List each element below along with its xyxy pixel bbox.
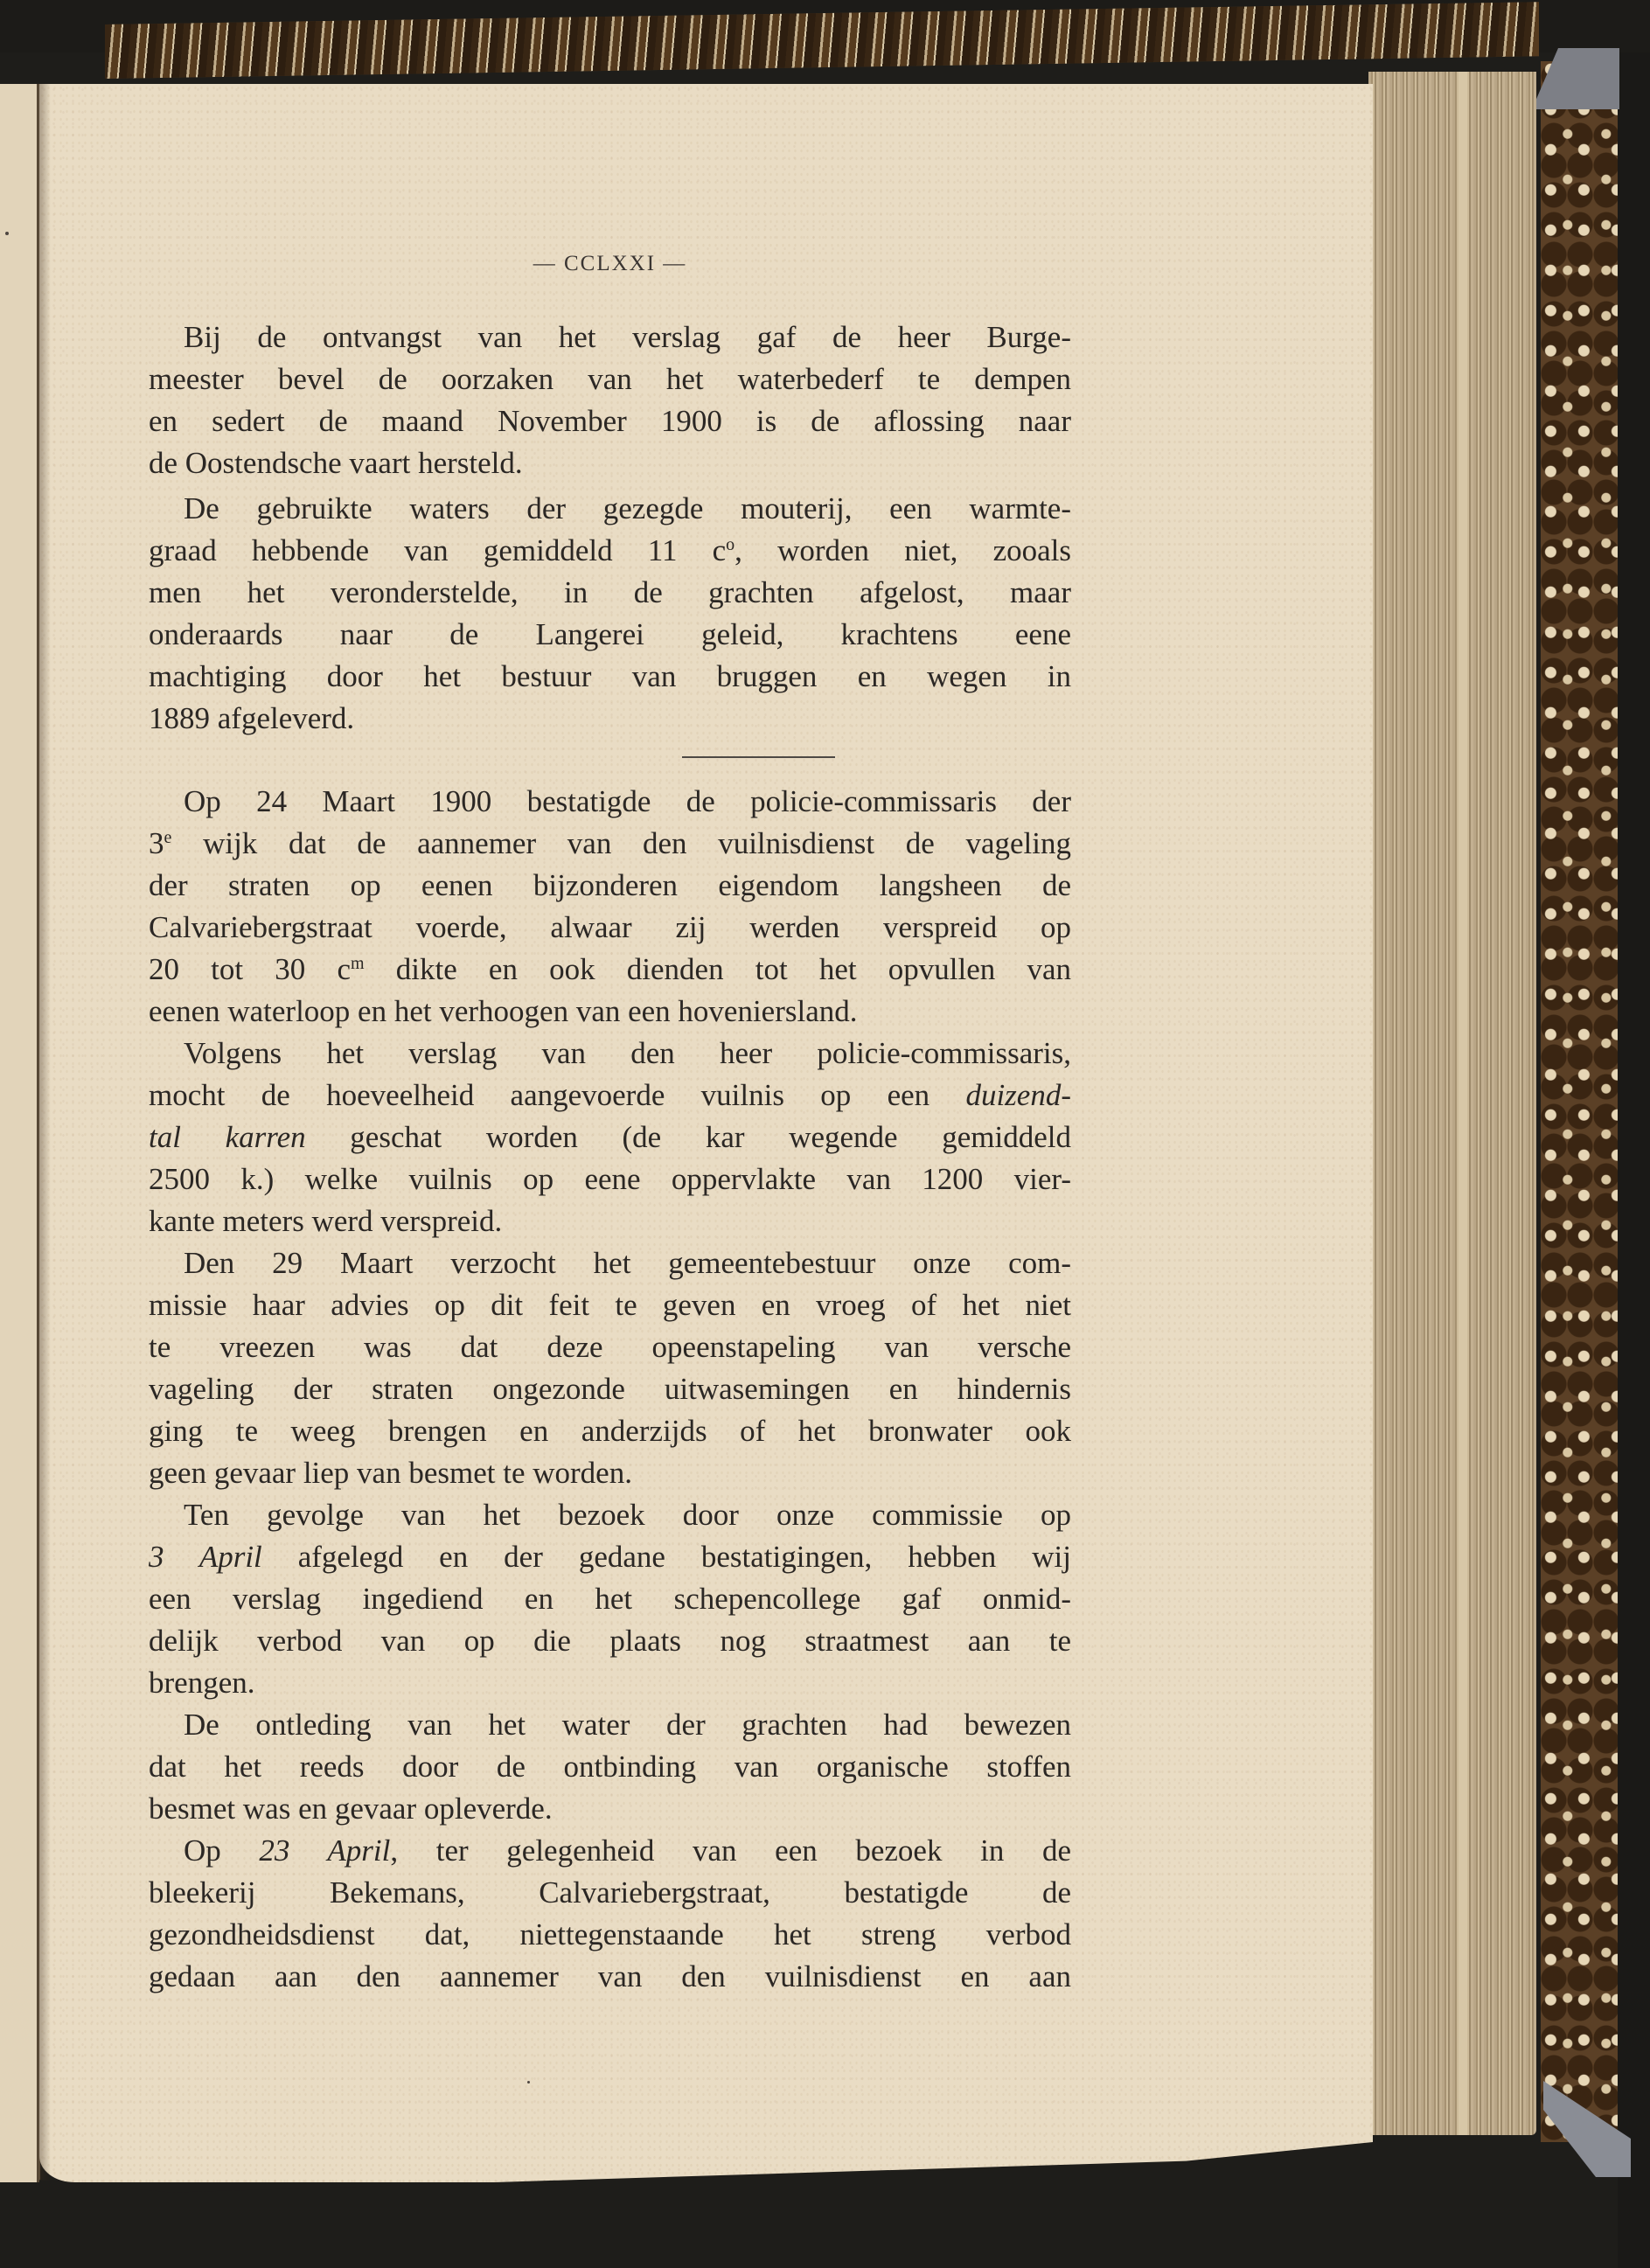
text-line: Calvariebergstraat voerde, alwaar zij we… (149, 907, 1071, 949)
text-line: 1889 afgeleverd. (149, 698, 1071, 740)
cover-corner-top (1532, 48, 1619, 109)
text-line: gezondheidsdienst dat, niettegenstaande … (149, 1914, 1071, 1956)
text-line: en sedert de maand November 1900 is de a… (149, 400, 1071, 442)
page-number-header: — CCLXXI — (149, 252, 1071, 276)
text-line: meester bevel de oorzaken van het waterb… (149, 358, 1071, 400)
text-line: Bij de ontvangst van het verslag gaf de … (149, 317, 1071, 358)
text-line: Ten gevolge van het bezoek door onze com… (149, 1494, 1071, 1536)
text-line: Den 29 Maart verzocht het gemeentebestuu… (149, 1242, 1071, 1284)
background-right (1618, 52, 1650, 2268)
section-separator-rule (682, 756, 835, 758)
text-line: brengen. (149, 1662, 1071, 1704)
text-line: onderaards naar de Langerei geleid, krac… (149, 614, 1071, 656)
text-line: 3 April afgelegd en der gedane bestatigi… (149, 1536, 1071, 1578)
text-line: 3e wijk dat de aannemer van den vuilnisd… (149, 823, 1071, 865)
text-line: De gebruikte waters der gezegde mouterij… (149, 488, 1071, 530)
text-line: men het veronderstelde, in de grachten a… (149, 572, 1071, 614)
paper-speck (527, 2081, 530, 2084)
text-line: der straten op eenen bijzonderen eigendo… (149, 865, 1071, 907)
text-line: graad hebbende van gemiddeld 11 co, word… (149, 530, 1071, 572)
text-line: 2500 k.) welke vuilnis op eene oppervlak… (149, 1158, 1071, 1200)
marbled-cover-right (1541, 61, 1618, 2142)
book-scan: — CCLXXI — Bij de ontvangst van het vers… (0, 0, 1650, 2268)
text-line: te vreezen was dat deze opeenstapeling v… (149, 1326, 1071, 1368)
text-line: De ontleding van het water der grachten … (149, 1704, 1071, 1746)
text-line: eenen waterloop en het verhoogen van een… (149, 991, 1071, 1033)
text-line: Op 24 Maart 1900 bestatigde de policie-c… (149, 781, 1071, 823)
text-line: missie haar advies op dit feit te geven … (149, 1284, 1071, 1326)
text-line: machtiging door het bestuur van bruggen … (149, 656, 1071, 698)
text-line: Volgens het verslag van den heer policie… (149, 1033, 1071, 1075)
text-line: ging te weeg brengen en anderzijds of he… (149, 1410, 1071, 1452)
text-line: bleekerij Bekemans, Calvariebergstraat, … (149, 1872, 1071, 1914)
text-line: vageling der straten ongezonde uitwasemi… (149, 1368, 1071, 1410)
text-line: dat het reeds door de ontbinding van org… (149, 1746, 1071, 1788)
text-line: geen gevaar liep van besmet te worden. (149, 1452, 1071, 1494)
text-line: delijk verbod van op die plaats nog stra… (149, 1620, 1071, 1662)
paper-speck (5, 232, 9, 235)
text-line: gedaan aan den aannemer van den vuilnisd… (149, 1956, 1071, 1998)
text-line: besmet was en gevaar opleverde. (149, 1788, 1071, 1830)
text-line: tal karren geschat worden (de kar wegend… (149, 1117, 1071, 1158)
text-line: de Oostendsche vaart hersteld. (149, 442, 1071, 484)
text-line: 20 tot 30 cm dikte en ook dienden tot he… (149, 949, 1071, 991)
text-line: mocht de hoeveelheid aangevoerde vuilnis… (149, 1075, 1071, 1117)
text-line: Op 23 April, ter gelegenheid van een bez… (149, 1830, 1071, 1872)
page-stack-gap (1459, 72, 1467, 2135)
previous-page-edge (0, 84, 40, 2182)
page-stack-fore-edge (1368, 72, 1536, 2135)
text-line: kante meters werd verspreid. (149, 1200, 1071, 1242)
text-line: een verslag ingediend en het schepencoll… (149, 1578, 1071, 1620)
gutter-shadow (37, 84, 51, 2182)
